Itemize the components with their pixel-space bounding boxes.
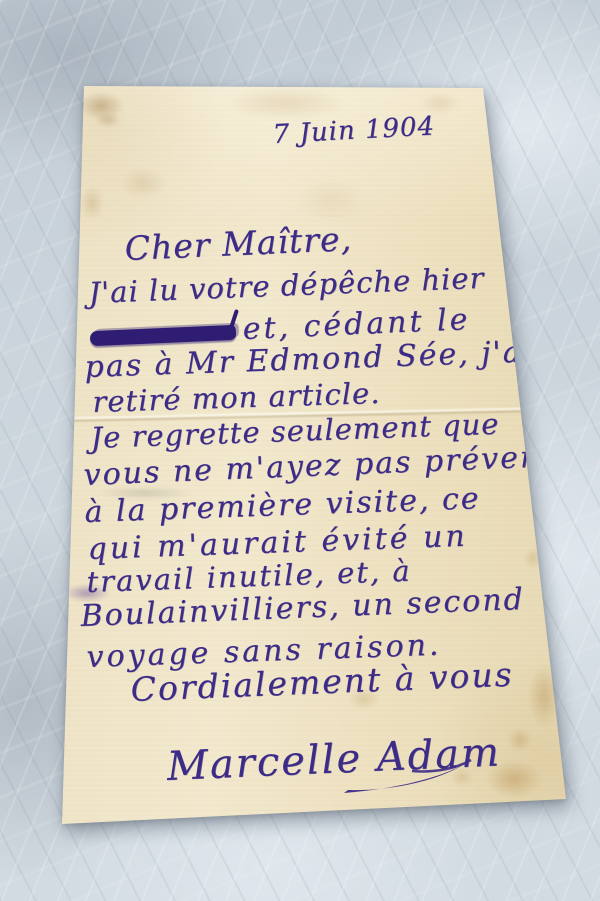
letter-line: J'ai lu votre dépêche hier [88, 263, 485, 310]
scribbled-out-word [90, 325, 237, 346]
stain [296, 178, 366, 222]
stain [80, 186, 104, 220]
stain [225, 86, 345, 120]
stain [508, 728, 532, 752]
letter-paper: 7 Juin 1904 Cher Maître, J'ai lu votre d… [0, 0, 600, 901]
stain [528, 664, 560, 728]
stain [120, 168, 166, 198]
stain [420, 92, 460, 114]
letter-greeting: Cher Maître, [124, 221, 353, 267]
stain [524, 548, 542, 568]
paper-sheet: 7 Juin 1904 Cher Maître, J'ai lu votre d… [0, 0, 600, 901]
letter-date: 7 Juin 1904 [272, 112, 436, 149]
stain [95, 112, 121, 128]
photo-scene: 7 Juin 1904 Cher Maître, J'ai lu votre d… [0, 0, 600, 901]
